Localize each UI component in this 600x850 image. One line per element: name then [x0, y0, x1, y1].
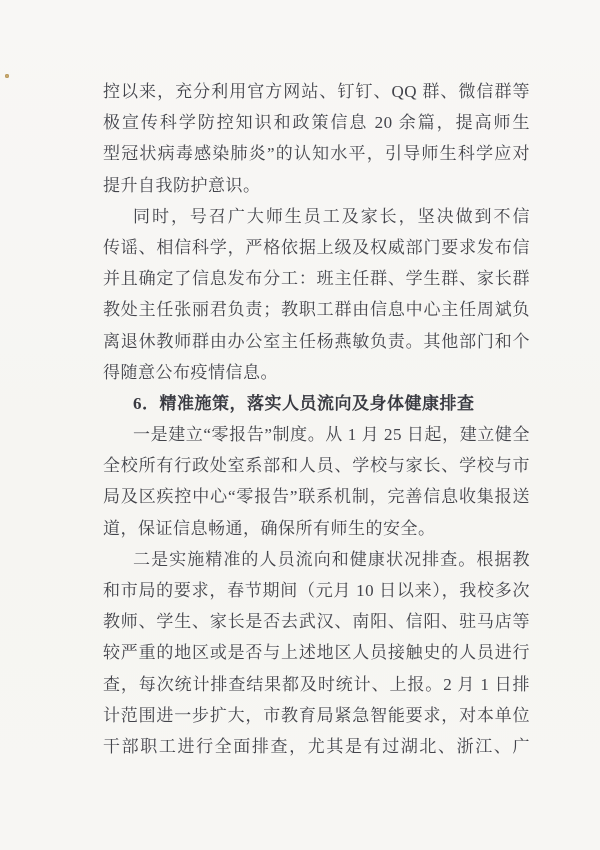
text-line: 教处主任张丽君负责；教职工群由信息中心主任周斌负责；: [103, 294, 530, 325]
text-line: 教师、学生、家长是否去武汉、南阳、信阳、驻马店等疫情: [103, 606, 530, 637]
text-line: 一是建立“零报告”制度。从 1 月 25 日起，建立健全: [103, 419, 530, 450]
paragraph-zero-report-system: 一是建立“零报告”制度。从 1 月 25 日起，建立健全 全校所有行政处室系部和…: [103, 419, 530, 544]
text-line: 同时，号召广大师生员工及家长，坚决做到不信谣、不: [103, 201, 530, 232]
text-line: 局及区疾控中心“零报告”联系机制，完善信息收集报送渠: [103, 481, 530, 512]
text-line: 型冠状病毒感染肺炎”的认知水平，引导师生科学应对防范，: [103, 138, 530, 169]
text-line: 计范围进一步扩大，市教育局紧急智能要求，对本单位所属: [103, 700, 530, 731]
text-line: 全校所有行政处室系部和人员、学校与家长、学校与市教育: [103, 450, 530, 481]
text-line: 控以来，充分利用官方网站、钉钉、QQ 群、微信群等媒介积: [103, 76, 530, 107]
text-line: 得随意公布疫情信息。: [103, 357, 530, 388]
text-line: 道，保证信息畅通，确保所有师生的安全。: [103, 513, 530, 544]
text-line: 极宣传科学防控知识和政策信息 20 余篇，提高师生对“新: [103, 107, 530, 138]
text-line: 查，每次统计排查结果都及时统计、上报。2 月 1 日排查统: [103, 669, 530, 700]
section-heading: 6．精准施策，落实人员流向及身体健康排查: [103, 388, 530, 419]
paragraph-information-release: 同时，号召广大师生员工及家长，坚决做到不信谣、不 传谣、相信科学，严格依据上级及…: [103, 201, 530, 388]
text-line: 离退休教师群由办公室主任杨燕敏负责。其他部门和个人不: [103, 326, 530, 357]
text-line: 较严重的地区或是否与上述地区人员接触史的人员进行排: [103, 637, 530, 668]
scanned-page: 控以来，充分利用官方网站、钉钉、QQ 群、微信群等媒介积 极宣传科学防控知识和政…: [0, 0, 600, 850]
paragraph-health-screening: 二是实施精准的人员流向和健康状况排查。根据教育厅 和市局的要求，春节期间（元月 …: [103, 544, 530, 762]
paragraph-continuation: 控以来，充分利用官方网站、钉钉、QQ 群、微信群等媒介积 极宣传科学防控知识和政…: [103, 76, 530, 201]
text-line: 并且确定了信息发布分工：班主任群、学生群、家长群由政: [103, 263, 530, 294]
document-body: 控以来，充分利用官方网站、钉钉、QQ 群、微信群等媒介积 极宣传科学防控知识和政…: [103, 76, 530, 762]
text-line: 提升自我防护意识。: [103, 170, 530, 201]
text-line: 二是实施精准的人员流向和健康状况排查。根据教育厅: [103, 544, 530, 575]
text-line: 干部职工进行全面排查，尤其是有过湖北、浙江、广东、信: [103, 731, 530, 762]
text-line: 传谣、相信科学，严格依据上级及权威部门要求发布信息。: [103, 232, 530, 263]
scan-speck: [5, 74, 9, 78]
section-6: 6．精准施策，落实人员流向及身体健康排查: [103, 388, 530, 419]
text-line: 和市局的要求，春节期间（元月 10 日以来），我校多次对: [103, 575, 530, 606]
